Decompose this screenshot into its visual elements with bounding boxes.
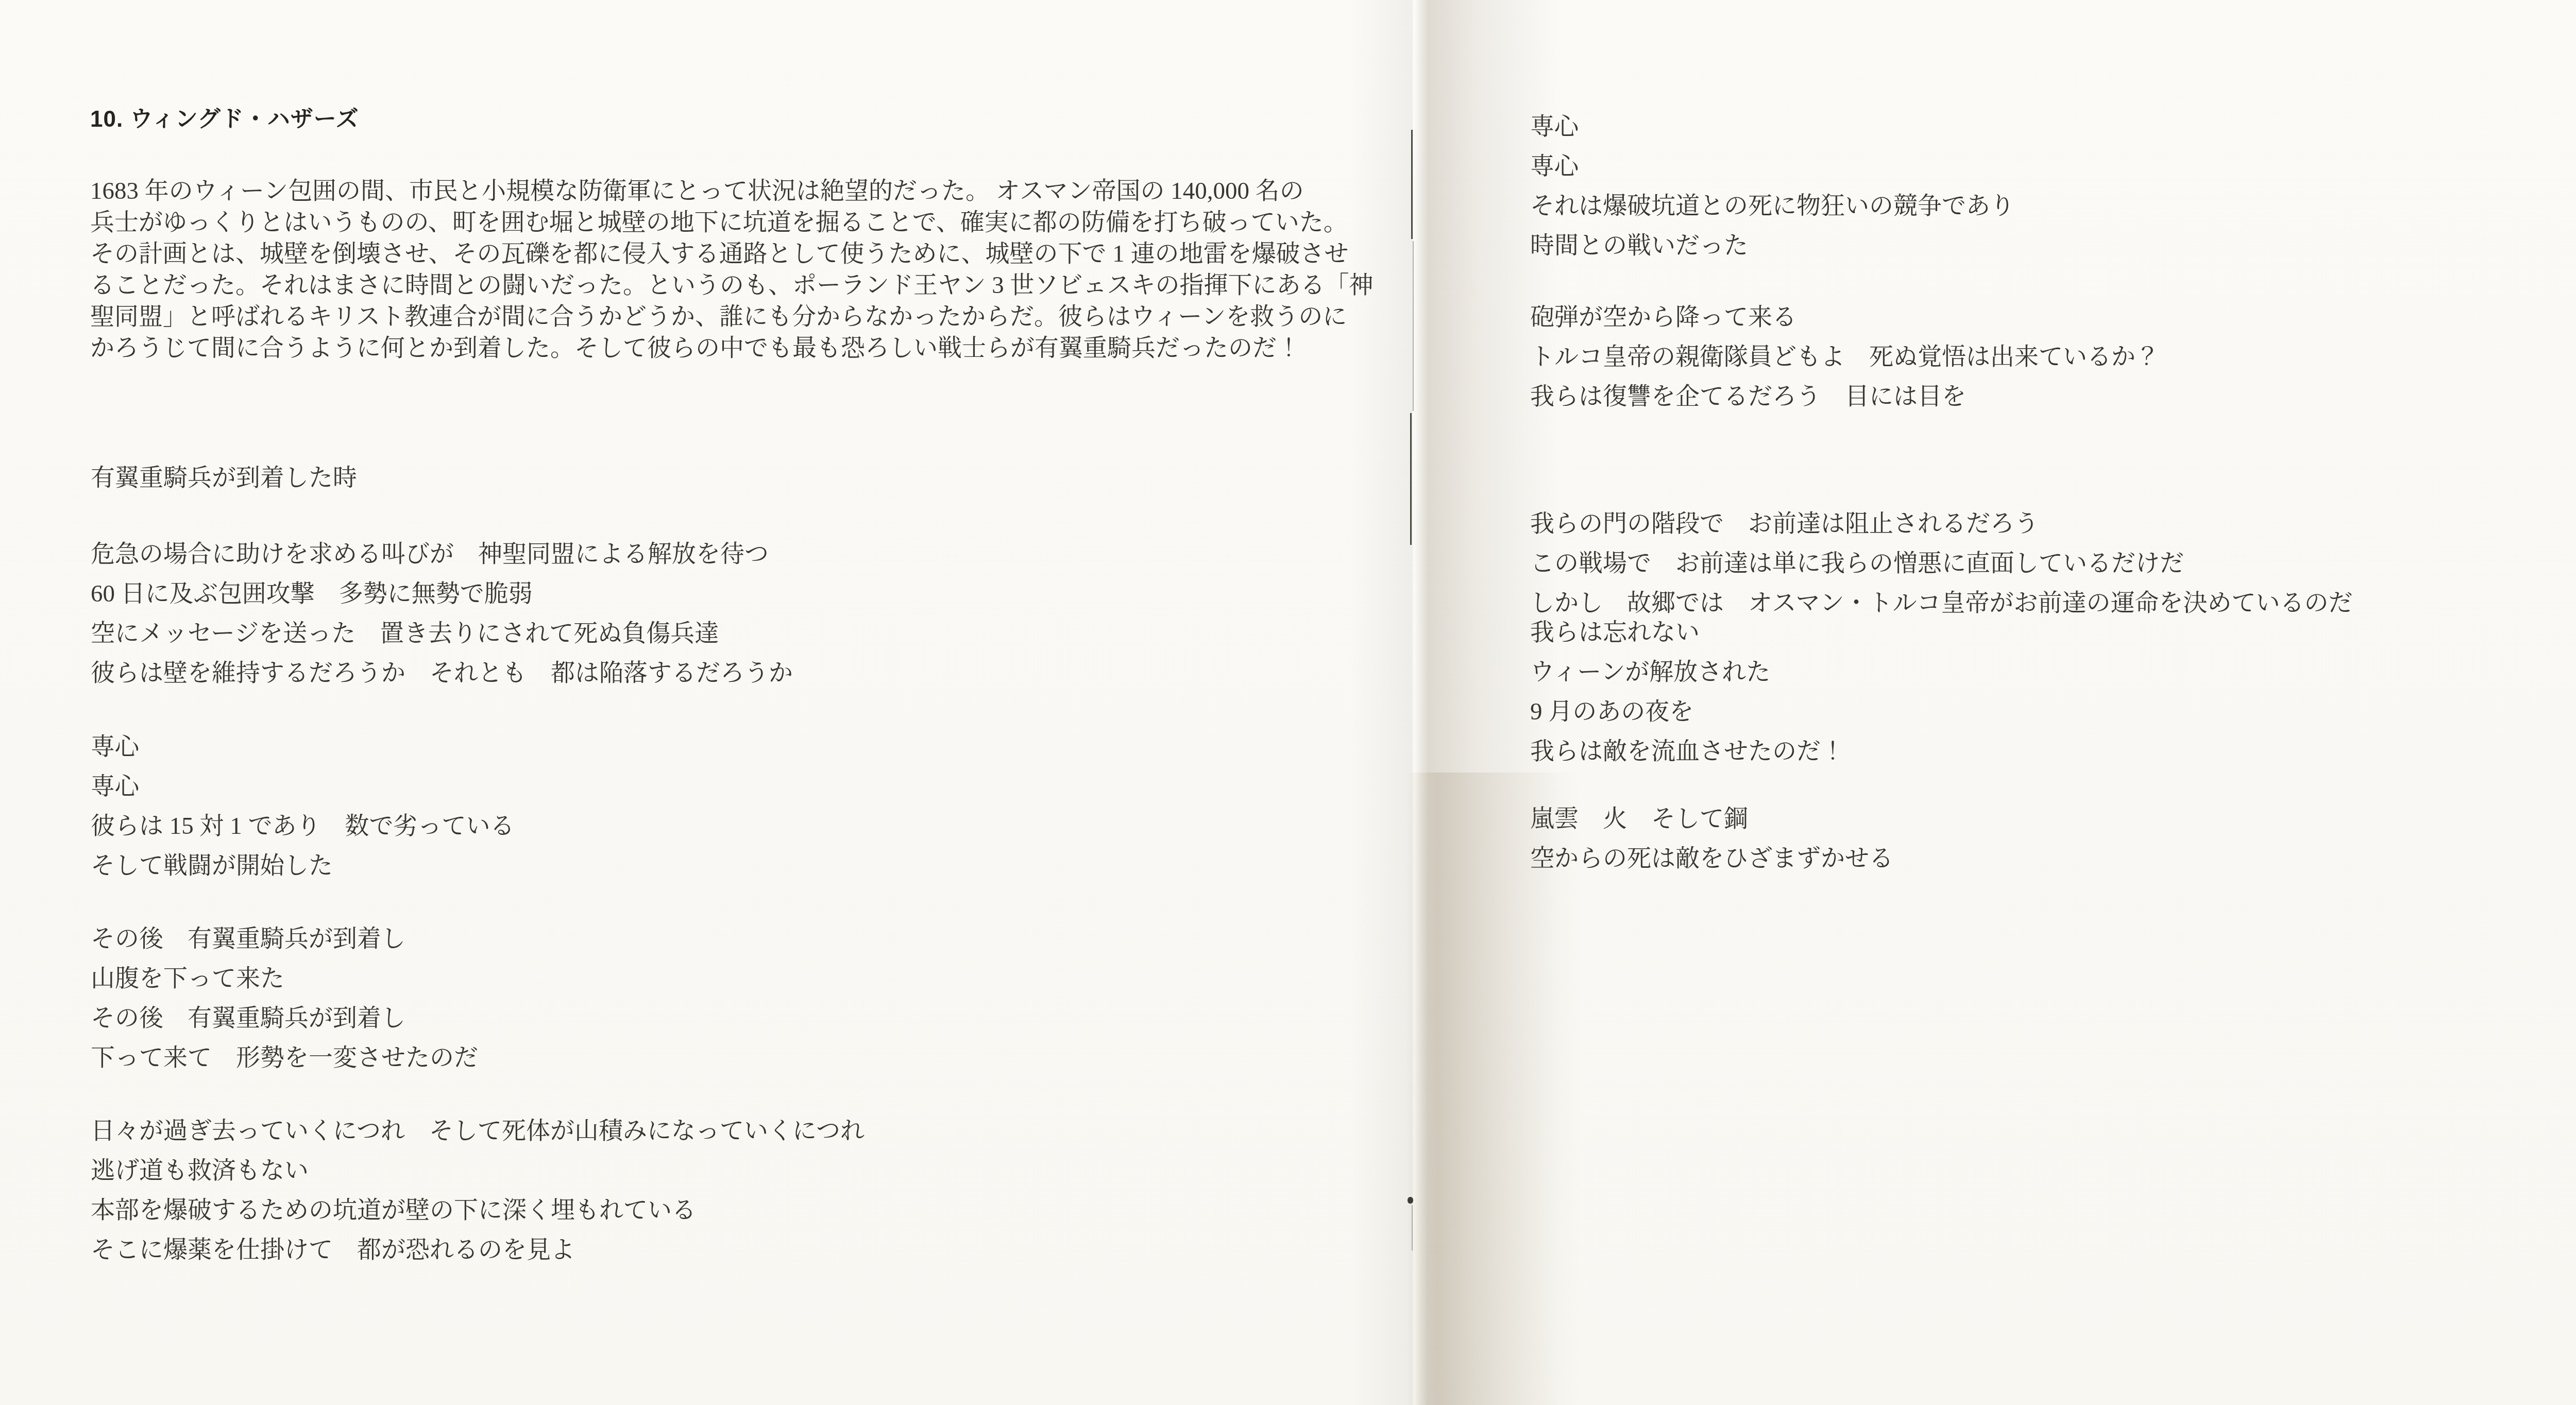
lyric-line: トルコ皇帝の親衛隊員どもよ 死ぬ覚悟は出来ているか？: [1530, 337, 2160, 377]
lyric-line: 専心: [1530, 147, 2014, 186]
lyric-stanza: 専心 専心 それは爆破坑道との死に物狂いの競争であり 時間との戦いだった: [1530, 107, 2014, 266]
lyric-stanza: 砲弾が空から降って来る トルコ皇帝の親衛隊員どもよ 死ぬ覚悟は出来ているか？ 我…: [1530, 298, 2160, 417]
lyric-line: 日々が過ぎ去っていくにつれ そして死体が山積みになっていくにつれ: [91, 1111, 865, 1151]
lyric-line: 彼らは壁を維持するだろうか それとも 都は陥落するだろうか: [91, 654, 793, 693]
lyric-line: 山腹を下って来た: [91, 959, 478, 999]
lyric-line: この戦場で お前達は単に我らの憎悪に直面しているだけだ: [1530, 544, 2353, 584]
lyric-line: 危急の場合に助けを求める叫びが 神聖同盟による解放を待つ: [91, 535, 793, 574]
lyric-line: 時間との戦いだった: [1530, 226, 2014, 266]
binding-stitch-bottom-knot: [1408, 1197, 1413, 1204]
lyric-line: その後 有翼重騎兵が到着し: [91, 999, 478, 1038]
booklet-spread: 10. ウィングド・ハザーズ 1683 年のウィーン包囲の間、市民と小規模な防衛…: [0, 0, 2576, 1405]
lyric-stanza: 嵐雲 火 そして鋼 空からの死は敵をひざまずかせる: [1530, 799, 1893, 879]
lyric-line: 空からの死は敵をひざまずかせる: [1530, 839, 1893, 879]
lyric-line: 逃げ道も救済もない: [91, 1151, 865, 1191]
intro-line: 聖同盟」と呼ばれるキリスト教連合が間に合うかどうか、誰にも分からなかったからだ。…: [90, 301, 1342, 333]
intro-paragraph: 1683 年のウィーン包囲の間、市民と小規模な防衛軍にとって状況は絶望的だった。…: [90, 176, 1342, 364]
intro-line: その計画とは、城壁を倒壊させ、その瓦礫を都に侵入する通路として使うために、城壁の…: [90, 238, 1342, 270]
lyric-line: 我らは敵を流血させたのだ！: [1530, 732, 1845, 772]
lyric-stanza: 我らの門の階段で お前達は阻止されるだろう この戦場で お前達は単に我らの憎悪に…: [1530, 504, 2353, 623]
binding-stitch-top: [1411, 130, 1413, 239]
lyric-line: 60 日に及ぶ包囲攻撃 多勢に無勢で脆弱: [91, 574, 793, 614]
intro-line: ることだった。それはまさに時間との闘いだった。というのも、ポーランド王ヤン 3 …: [90, 270, 1342, 301]
intro-line: 兵士がゆっくりとはいうものの、町を囲む堀と城壁の地下に坑道を掘ることで、確実に都…: [90, 207, 1342, 238]
lyric-line: 我らの門の階段で お前達は阻止されるだろう: [1530, 504, 2353, 544]
lyric-line: 空にメッセージを送った 置き去りにされて死ぬ負傷兵達: [91, 614, 793, 654]
lyric-line: そこに爆薬を仕掛けて 都が恐れるのを見よ: [91, 1230, 865, 1270]
center-fold-shadow-left: [1350, 0, 1413, 1405]
lyric-line: 本部を爆破するための坑道が壁の下に深く埋もれている: [91, 1191, 865, 1230]
lyric-line: 専心: [91, 767, 515, 807]
lyric-line: 砲弾が空から降って来る: [1530, 298, 2160, 337]
lyric-stanza: 危急の場合に助けを求める叫びが 神聖同盟による解放を待つ 60 日に及ぶ包囲攻撃…: [91, 535, 793, 693]
lyric-line: その後 有翼重騎兵が到着し: [91, 919, 478, 959]
lyric-line: 専心: [1530, 107, 2014, 147]
lyric-line: 我らは忘れない: [1530, 613, 1845, 653]
lyric-line: 下って来て 形勢を一変させたのだ: [91, 1038, 478, 1078]
lyric-line: それは爆破坑道との死に物狂いの競争であり: [1530, 186, 2014, 226]
lyric-stanza: 日々が過ぎ去っていくにつれ そして死体が山積みになっていくにつれ 逃げ道も救済も…: [91, 1111, 865, 1270]
lyric-stanza: 我らは忘れない ウィーンが解放された 9 月のあの夜を 我らは敵を流血させたのだ…: [1530, 613, 1845, 772]
lyric-line: 9 月のあの夜を: [1530, 692, 1845, 732]
lyric-line: ウィーンが解放された: [1530, 653, 1845, 692]
lyric-line: 彼らは 15 対 1 であり 数で劣っている: [91, 807, 515, 846]
intro-line: 1683 年のウィーン包囲の間、市民と小規模な防衛軍にとって状況は絶望的だった。…: [90, 176, 1342, 207]
lyric-heading: 有翼重騎兵が到着した時: [91, 458, 357, 498]
lyric-line: そして戦闘が開始した: [91, 846, 515, 886]
binding-stitch-lower: [1410, 413, 1412, 545]
lyric-stanza: その後 有翼重騎兵が到着し 山腹を下って来た その後 有翼重騎兵が到着し 下って…: [91, 919, 478, 1078]
intro-line: かろうじて間に合うように何とか到着した。そして彼らの中でも最も恐ろしい戦士らが有…: [90, 333, 1342, 364]
track-title: 10. ウィングド・ハザーズ: [90, 107, 359, 132]
binding-thread-bottom: [1412, 1205, 1413, 1250]
lyric-stanza: 専心 専心 彼らは 15 対 1 であり 数で劣っている そして戦闘が開始した: [91, 727, 515, 886]
lyric-line: 我らは復讐を企てるだろう 目には目を: [1530, 377, 2160, 417]
lyric-line: 嵐雲 火 そして鋼: [1530, 799, 1893, 839]
lyric-line: 専心: [91, 727, 515, 767]
binding-thread-middle: [1413, 241, 1414, 411]
